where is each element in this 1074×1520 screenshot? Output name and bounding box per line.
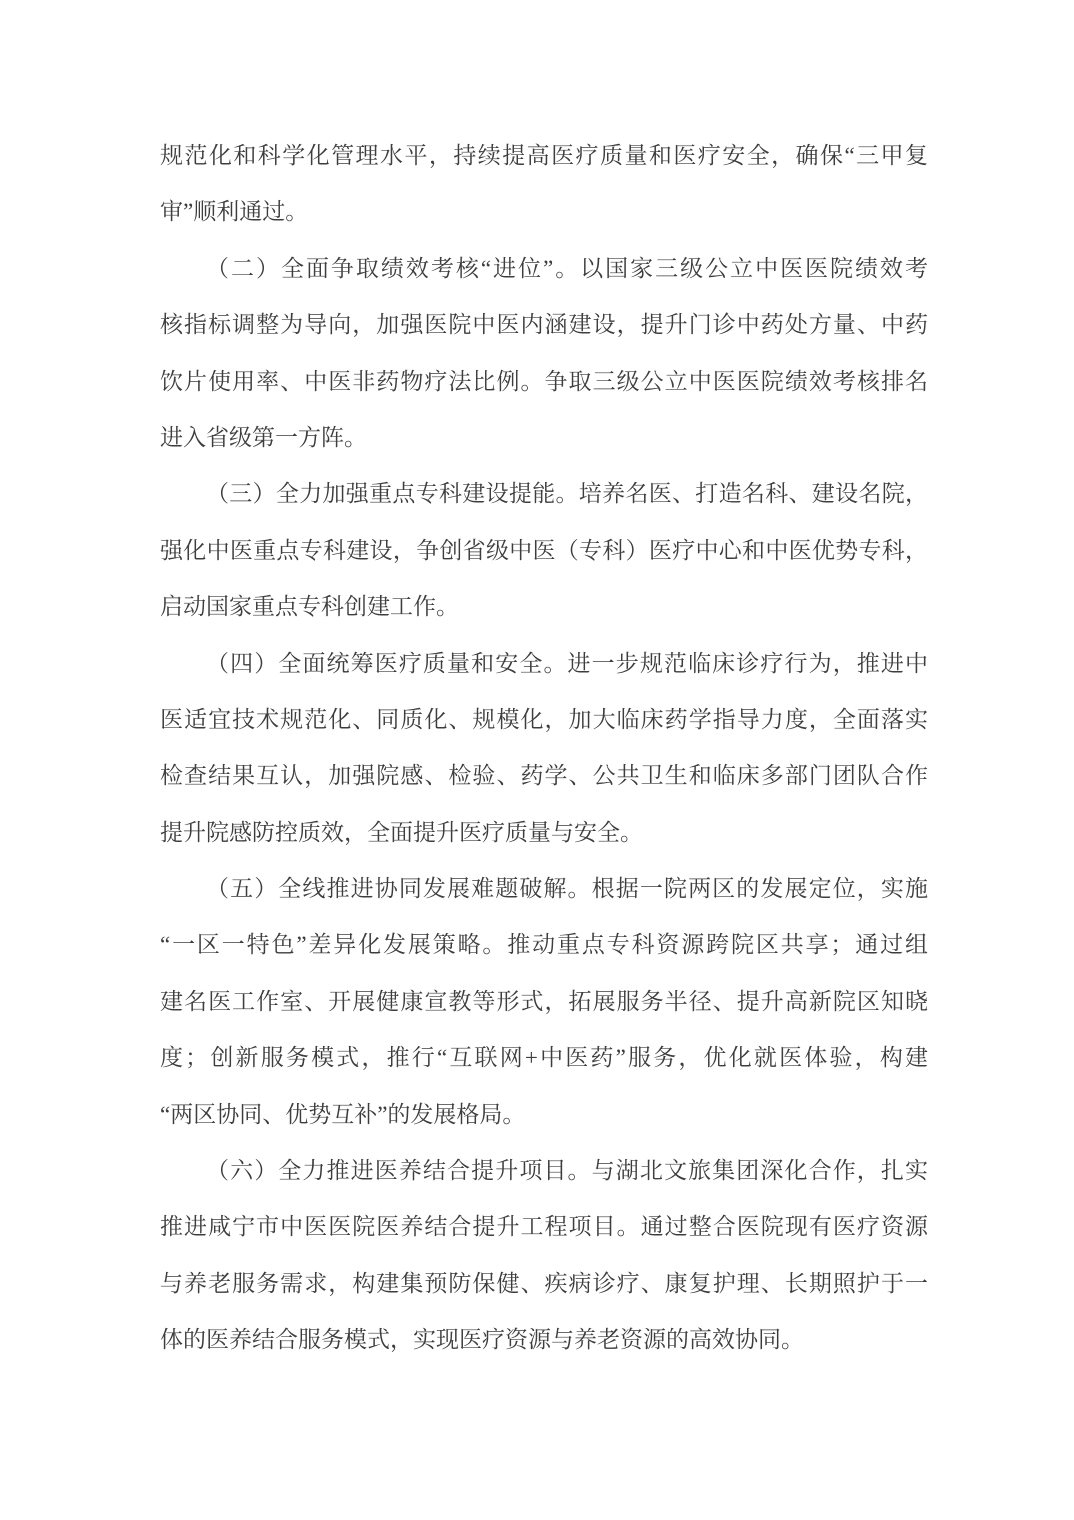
- document-line: 核指标调整为导向，加强医院中医内涵建设，提升门诊中药处方量、中药: [160, 297, 928, 353]
- document-line: “两区协同、优势互补”的发展格局。: [160, 1087, 928, 1143]
- document-line: “一区一特色”差异化发展策略。推动重点专科资源跨院区共享；通过组: [160, 917, 928, 973]
- document-line: 审”顺利通过。: [160, 184, 928, 240]
- document-line: 启动国家重点专科创建工作。: [160, 579, 928, 635]
- document-line: 饮片使用率、中医非药物疗法比例。争取三级公立中医医院绩效考核排名: [160, 354, 928, 410]
- document-line: 提升院感防控质效，全面提升医疗质量与安全。: [160, 805, 928, 861]
- document-line paragraph-4-start: （四）全面统筹医疗质量和安全。进一步规范临床诊疗行为，推进中: [160, 636, 928, 692]
- document-line paragraph-5-start: （五）全线推进协同发展难题破解。根据一院两区的发展定位，实施: [160, 861, 928, 917]
- document-line: 检查结果互认，加强院感、检验、药学、公共卫生和临床多部门团队合作: [160, 748, 928, 804]
- document-line: 医适宜技术规范化、同质化、规模化，加大临床药学指导力度，全面落实: [160, 692, 928, 748]
- document-page: 规范化和科学化管理水平，持续提高医疗质量和医疗安全，确保“三甲复 审”顺利通过。…: [0, 0, 1074, 1520]
- text-block: 规范化和科学化管理水平，持续提高医疗质量和医疗安全，确保“三甲复 审”顺利通过。…: [160, 128, 928, 1369]
- document-line: 度；创新服务模式，推行“互联网+中医药”服务，优化就医体验，构建: [160, 1030, 928, 1086]
- document-line: 进入省级第一方阵。: [160, 410, 928, 466]
- document-line paragraph-6-start: （六）全力推进医养结合提升项目。与湖北文旅集团深化合作，扎实: [160, 1143, 928, 1199]
- document-line: 规范化和科学化管理水平，持续提高医疗质量和医疗安全，确保“三甲复: [160, 128, 928, 184]
- document-line: 建名医工作室、开展健康宣教等形式，拓展服务半径、提升高新院区知晓: [160, 974, 928, 1030]
- document-line paragraph-3-start: （三）全力加强重点专科建设提能。培养名医、打造名科、建设名院，: [160, 466, 928, 522]
- document-line: 与养老服务需求，构建集预防保健、疾病诊疗、康复护理、长期照护于一: [160, 1256, 928, 1312]
- document-line: 体的医养结合服务模式，实现医疗资源与养老资源的高效协同。: [160, 1312, 928, 1368]
- document-line: 强化中医重点专科建设，争创省级中医（专科）医疗中心和中医优势专科，: [160, 523, 928, 579]
- document-line paragraph-2-start: （二）全面争取绩效考核“进位”。以国家三级公立中医医院绩效考: [160, 241, 928, 297]
- document-line: 推进咸宁市中医医院医养结合提升工程项目。通过整合医院现有医疗资源: [160, 1199, 928, 1255]
